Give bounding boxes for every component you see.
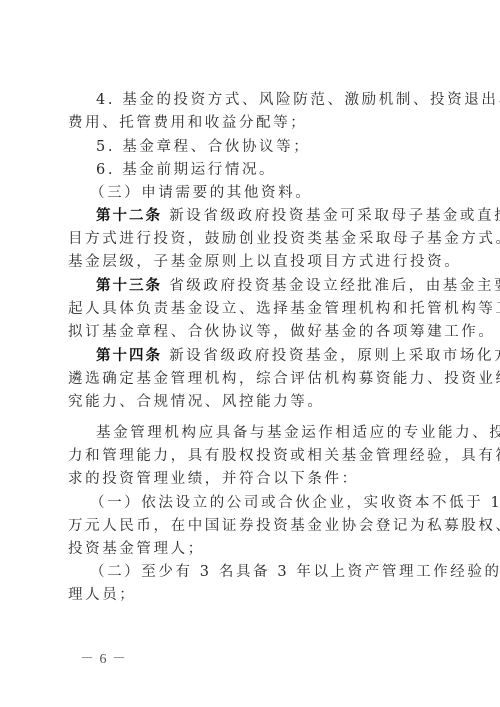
article-14-line: 第十四条 新设省级政府投资基金，原则上采取市场化方式 [96, 347, 440, 365]
line-text: 投资基金管理人； [68, 541, 205, 557]
line-text: 遴选确定基金管理机构，综合评估机构募资能力、投资业绩、研 [68, 371, 500, 387]
paragraph-line: 求的投资管理业绩，并符合以下条件： [68, 470, 440, 488]
sub-item-3: （三）申请需要的其他资料。 [90, 184, 440, 202]
article-heading: 第十三条 [96, 277, 162, 294]
article-13-line: 第十三条 省级政府投资基金设立经批准后，由基金主要发 [96, 277, 440, 295]
line-text: 5. 基金章程、合伙协议等； [96, 139, 310, 155]
line-text: 力和管理能力，具有股权投资或相关基金管理经验，具有符合要 [68, 448, 500, 464]
line-text: 究能力、合规情况、风控能力等。 [68, 394, 325, 410]
page-number: － 6 － [80, 648, 127, 668]
paragraph-line: 究能力、合规情况、风控能力等。 [68, 393, 440, 411]
line-text: 省级政府投资基金设立经批准后，由基金主要发 [162, 278, 500, 294]
document-page: 4. 基金的投资方式、风险防范、激励机制、投资退出、管理 费用、托管费用和收益分… [0, 0, 500, 707]
article-heading: 第十二条 [96, 207, 162, 224]
paragraph-line: 拟订基金章程、合伙协议等，做好基金的各项筹建工作。 [68, 323, 440, 341]
paragraph-line: 遴选确定基金管理机构，综合评估机构募资能力、投资业绩、研 [68, 370, 440, 388]
list-item-4: 4. 基金的投资方式、风险防范、激励机制、投资退出、管理 [96, 91, 440, 109]
line-text: （三）申请需要的其他资料。 [90, 185, 312, 201]
paragraph-line: 理人员； [68, 586, 440, 604]
line-text: 4. 基金的投资方式、风险防范、激励机制、投资退出、管理 [96, 92, 500, 108]
line-text: 理人员； [68, 587, 136, 603]
line-text: 新设省级政府投资基金，原则上采取市场化方式 [162, 348, 500, 364]
paragraph-line: 基金层级，子基金原则上以直投项目方式进行投资。 [68, 253, 440, 271]
condition-1-line: （一）依法设立的公司或合伙企业，实收资本不低于 1000 [90, 494, 440, 512]
article-heading: 第十四条 [96, 347, 162, 364]
line-text: 新设省级政府投资基金可采取母子基金或直投项 [162, 208, 500, 224]
list-item-6: 6. 基金前期运行情况。 [96, 161, 440, 179]
line-text: 基金管理机构应具备与基金运作相适应的专业能力、投资能 [96, 425, 500, 441]
paragraph-line: 费用、托管费用和收益分配等； [68, 114, 440, 132]
paragraph-line: 万元人民币，在中国证券投资基金业协会登记为私募股权、创业 [68, 517, 440, 535]
line-text: 目方式进行投资，鼓励创业投资类基金采取母子基金方式。控制 [68, 231, 500, 247]
line-text: （二）至少有 3 名具备 3 年以上资产管理工作经验的高级管 [90, 564, 500, 580]
list-item-5: 5. 基金章程、合伙协议等； [96, 138, 440, 156]
line-text: 6. 基金前期运行情况。 [96, 162, 276, 178]
line-text: 费用、托管费用和收益分配等； [68, 115, 307, 131]
line-text: 万元人民币，在中国证券投资基金业协会登记为私募股权、创业 [68, 518, 500, 534]
paragraph-line: 目方式进行投资，鼓励创业投资类基金采取母子基金方式。控制 [68, 230, 440, 248]
paragraph-line: 力和管理能力，具有股权投资或相关基金管理经验，具有符合要 [68, 447, 440, 465]
article-12-line: 第十二条 新设省级政府投资基金可采取母子基金或直投项 [96, 207, 440, 225]
line-text: 起人具体负责基金设立、选择基金管理机构和托管机构等工作， [68, 301, 500, 317]
line-text: 拟订基金章程、合伙协议等，做好基金的各项筹建工作。 [68, 324, 496, 340]
line-text: 基金层级，子基金原则上以直投项目方式进行投资。 [68, 254, 461, 270]
line-text: 求的投资管理业绩，并符合以下条件： [68, 471, 359, 487]
paragraph-line: 投资基金管理人； [68, 540, 440, 558]
condition-2-line: （二）至少有 3 名具备 3 年以上资产管理工作经验的高级管 [90, 563, 440, 581]
paragraph-line: 起人具体负责基金设立、选择基金管理机构和托管机构等工作， [68, 300, 440, 318]
paragraph-line: 基金管理机构应具备与基金运作相适应的专业能力、投资能 [96, 424, 440, 442]
line-text: （一）依法设立的公司或合伙企业，实收资本不低于 1000 [90, 495, 500, 511]
